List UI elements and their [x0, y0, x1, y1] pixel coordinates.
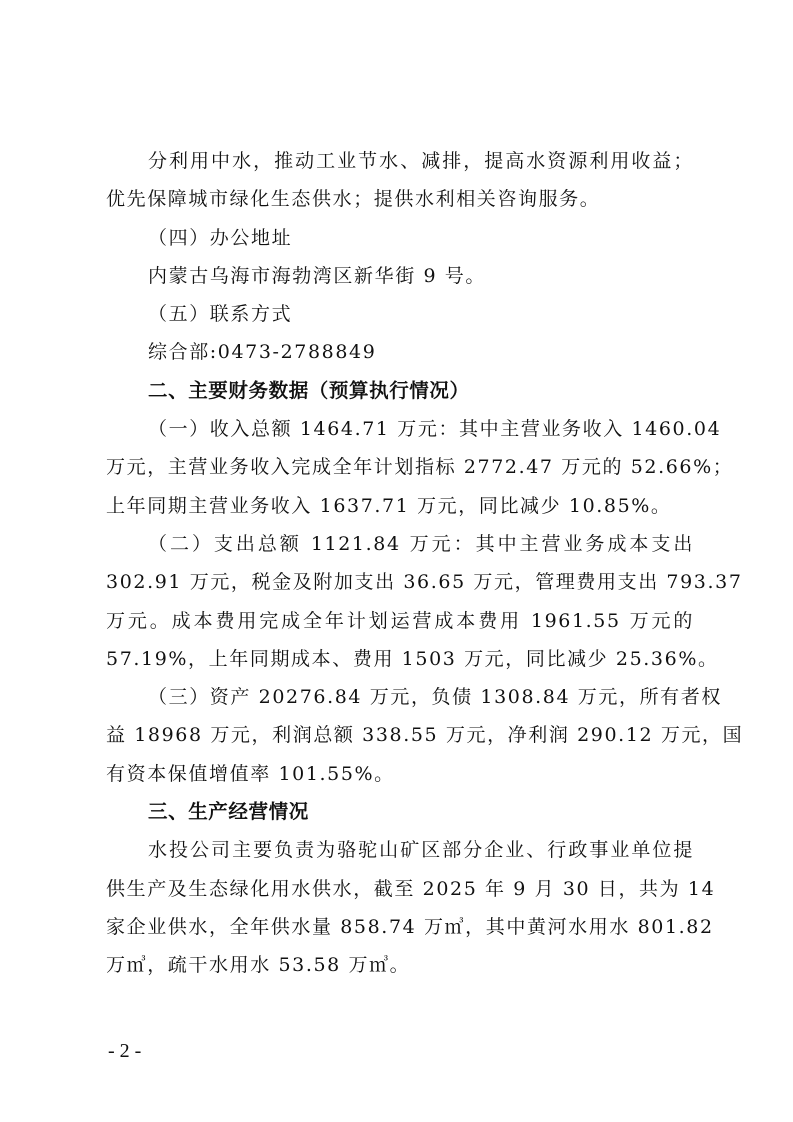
operations-paragraph-line: 水投公司主要负责为骆驼山矿区部分企业、行政事业单位提 — [106, 831, 694, 869]
paragraph-end-line: 优先保障城市绿化生态供水；提供水利相关咨询服务。 — [106, 180, 694, 218]
section-heading-operations: 三、生产经营情况 — [106, 793, 694, 831]
subheading-office-address: （四）办公地址 — [106, 219, 694, 257]
expense-paragraph-line: 万元。成本费用完成全年计划运营成本费用 1961.55 万元的 — [106, 602, 694, 640]
subheading-contact: （五）联系方式 — [106, 295, 694, 333]
operations-paragraph-line: 家企业供水，全年供水量 858.74 万㎥，其中黄河水用水 801.82 — [106, 908, 694, 946]
expense-paragraph-line: （二）支出总额 1121.84 万元：其中主营业务成本支出 — [106, 525, 694, 563]
office-address: 内蒙古乌海市海勃湾区新华街 9 号。 — [106, 257, 694, 295]
section-heading-financial-data: 二、主要财务数据（预算执行情况） — [106, 372, 694, 410]
page-number: - 2 - — [108, 1040, 141, 1063]
assets-paragraph-line: （三）资产 20276.84 万元，负债 1308.84 万元，所有者权 — [106, 678, 694, 716]
expense-paragraph-line: 302.91 万元，税金及附加支出 36.65 万元，管理费用支出 793.37 — [106, 563, 694, 601]
revenue-paragraph-line: （一）收入总额 1464.71 万元：其中主营业务收入 1460.04 — [106, 410, 694, 448]
operations-paragraph-line: 万㎥，疏干水用水 53.58 万㎥。 — [106, 946, 694, 984]
assets-paragraph-line: 有资本保值增值率 101.55%。 — [106, 755, 694, 793]
expense-paragraph-line: 57.19%，上年同期成本、费用 1503 万元，同比减少 25.36%。 — [106, 640, 694, 678]
contact-phone: 综合部:0473-2788849 — [106, 333, 694, 371]
operations-paragraph-line: 供生产及生态绿化用水供水，截至 2025 年 9 月 30 日，共为 14 — [106, 870, 694, 908]
assets-paragraph-line: 益 18968 万元，利润总额 338.55 万元，净利润 290.12 万元，… — [106, 716, 694, 754]
revenue-paragraph-line: 上年同期主营业务收入 1637.71 万元，同比减少 10.85%。 — [106, 487, 694, 525]
paragraph-continuation-line: 分利用中水，推动工业节水、减排，提高水资源利用收益； — [106, 142, 694, 180]
document-body: 分利用中水，推动工业节水、减排，提高水资源利用收益； 优先保障城市绿化生态供水；… — [106, 142, 694, 985]
revenue-paragraph-line: 万元，主营业务收入完成全年计划指标 2772.47 万元的 52.66%； — [106, 448, 694, 486]
